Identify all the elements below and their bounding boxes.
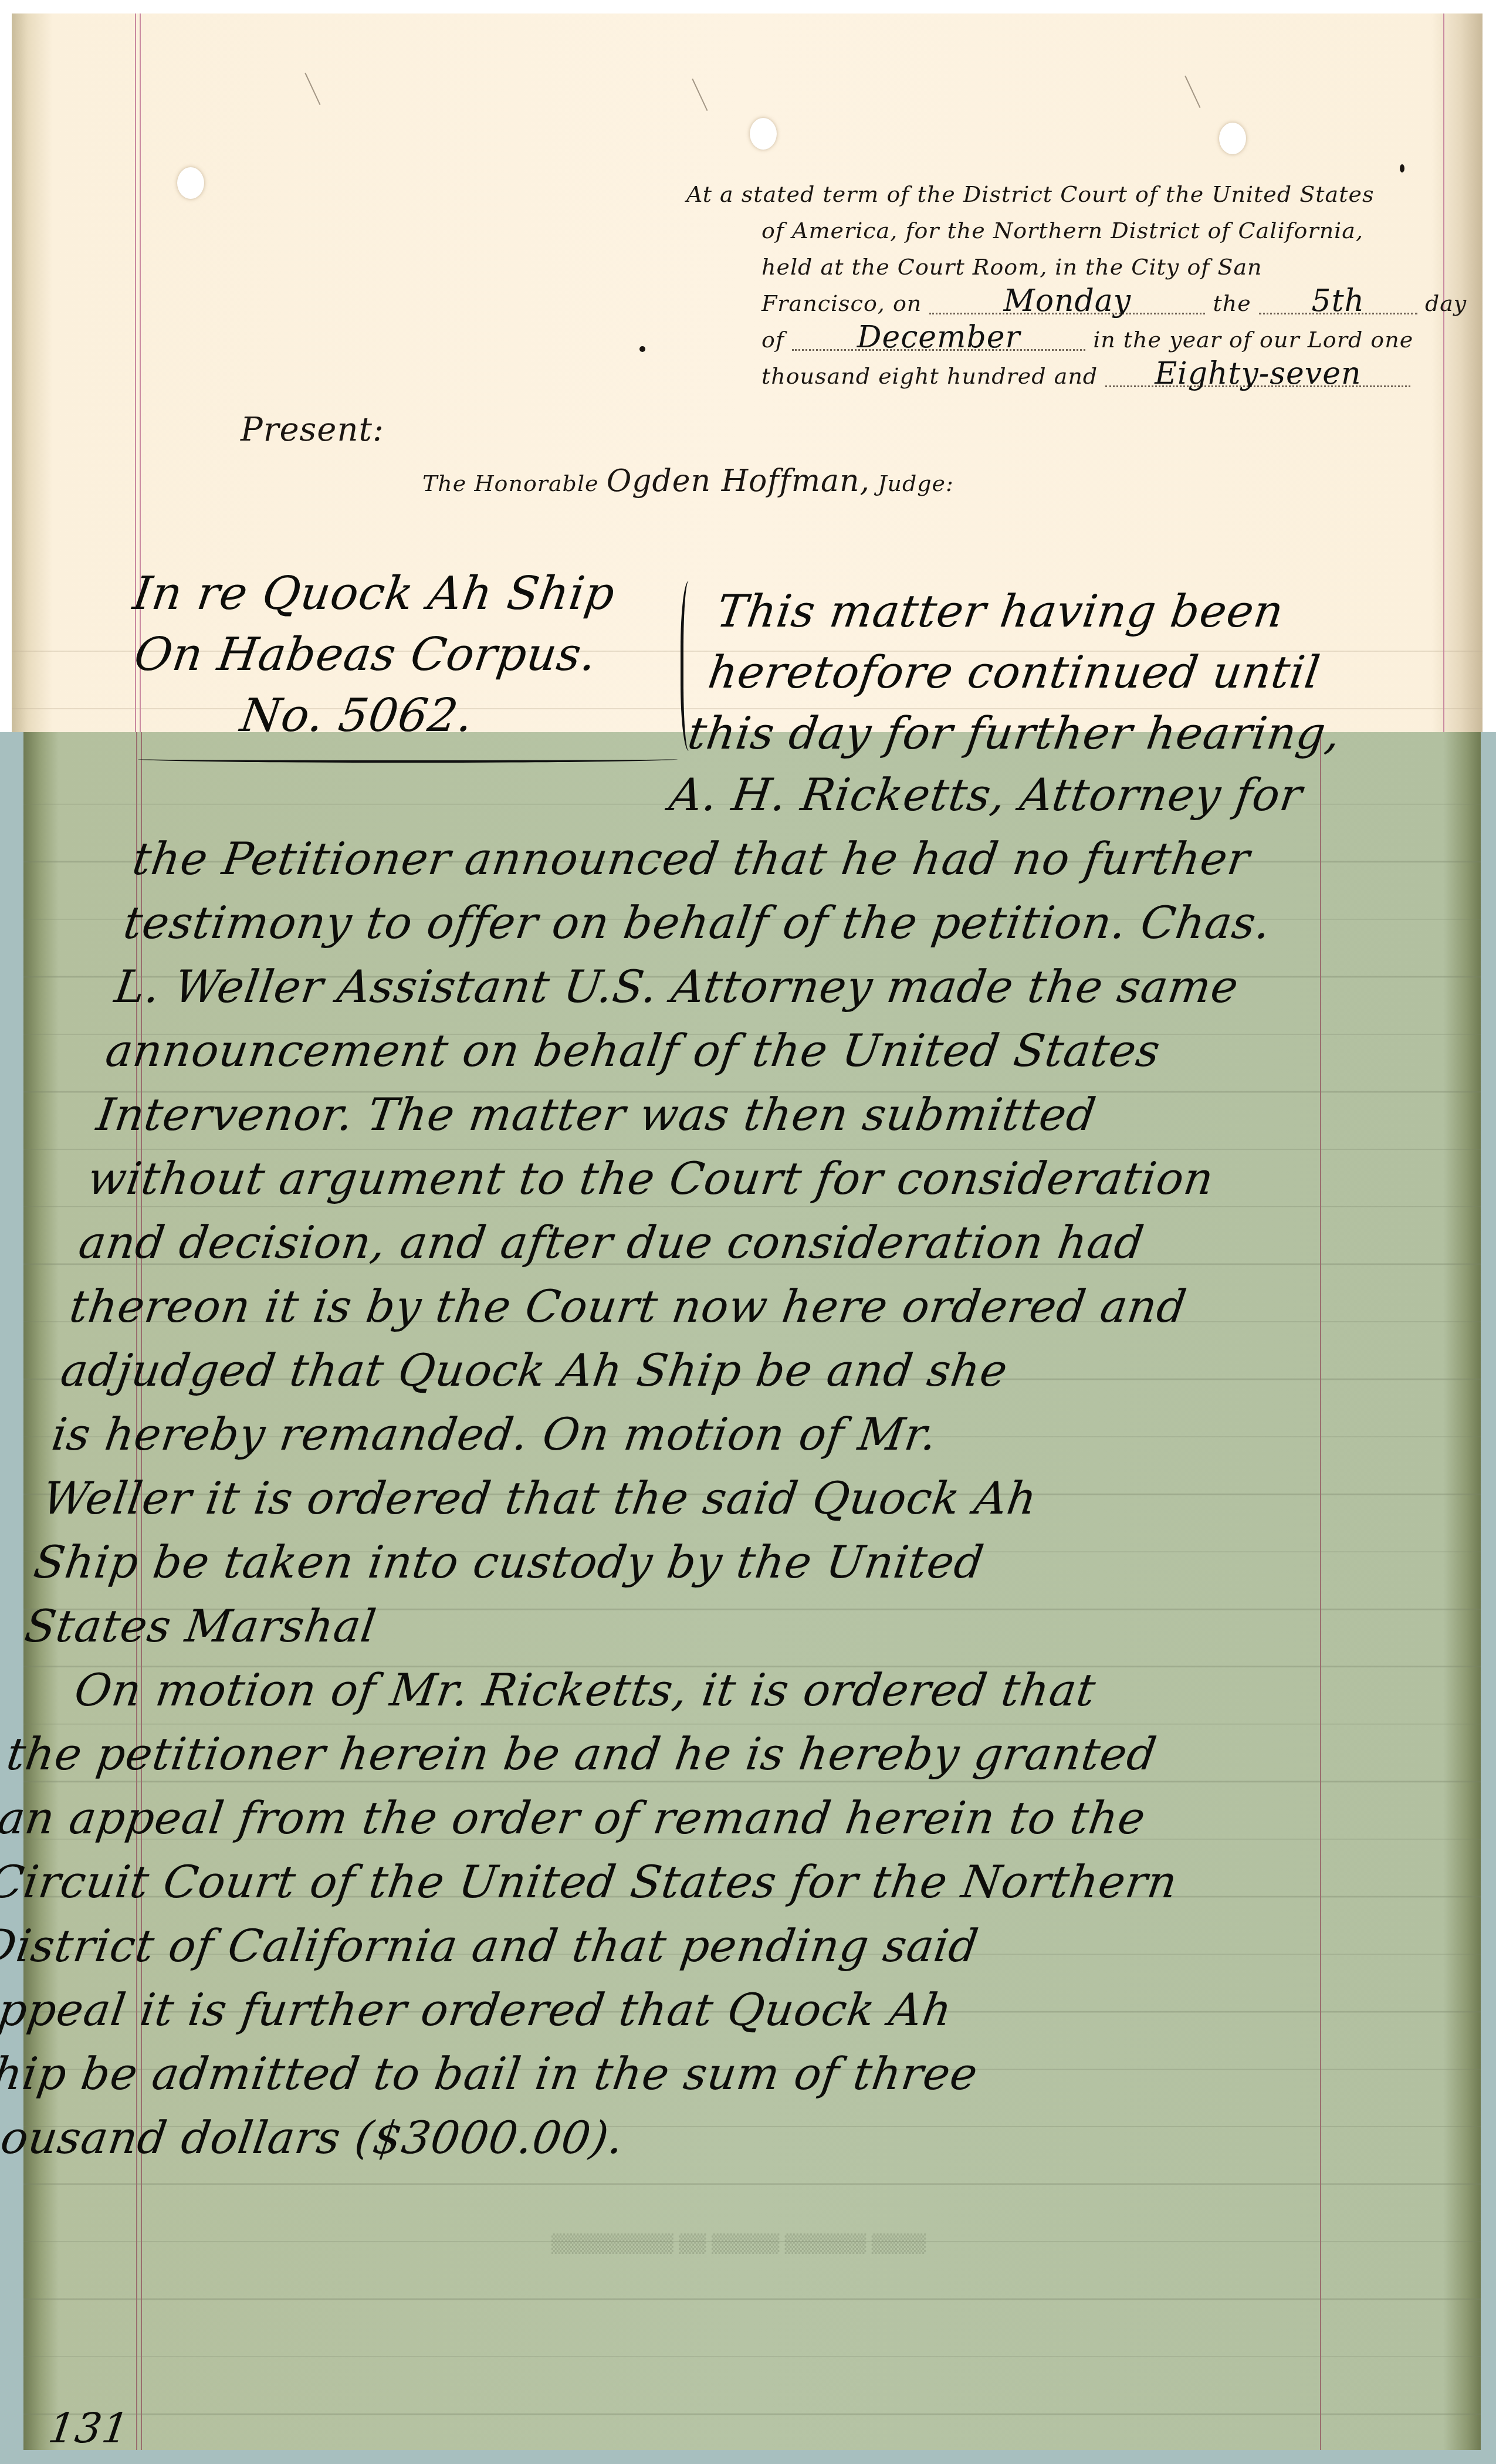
term-line-4-prefix: Francisco, on: [761, 290, 922, 316]
page-number: 131: [45, 2399, 133, 2457]
entry-line: District of California and that pending …: [0, 1914, 1173, 1978]
punch-hole: [177, 167, 204, 199]
entry-line: testimony to offer on behalf of the peti…: [120, 891, 1316, 955]
day-of-week-field: Monday: [929, 289, 1205, 314]
term-line-2: of America, for the Northern District of…: [686, 212, 1449, 249]
paper-tear: [692, 69, 729, 111]
term-line-6: thousand eight hundred and Eighty-seven: [686, 358, 1449, 394]
presiding-judge-line: The Honorable Ogden Hoffman, Judge:: [422, 463, 954, 499]
term-line-4: Francisco, on Monday the 5th day: [686, 285, 1449, 321]
entry-body: A. H. Ricketts, Attorney for the Petitio…: [0, 763, 1334, 2169]
judge-prefix: The Honorable: [422, 471, 599, 496]
entry-line: Weller it is ordered that the said Quock…: [39, 1466, 1236, 1530]
entry-line: is hereby remanded. On motion of Mr.: [48, 1402, 1244, 1466]
judge-suffix: Judge:: [878, 471, 954, 496]
caption-underline: [138, 756, 678, 763]
case-title: In re Quock Ah Ship: [129, 563, 619, 624]
entry-line: appeal it is further ordered that Quock …: [0, 1978, 1163, 2042]
entry-line: the petitioner herein be and he is hereb…: [3, 1722, 1200, 1786]
entry-line: thousand dollars ($3000.00).: [0, 2106, 1146, 2169]
entry-opening-line: This matter having been: [713, 581, 1362, 642]
term-line-1: At a stated term of the District Court o…: [686, 176, 1449, 212]
entry-line: Ship be taken into custody by the United: [30, 1530, 1227, 1594]
ink-speck: [1400, 164, 1404, 172]
entry-line: Ship be admitted to bail in the sum of t…: [0, 2042, 1155, 2106]
entry-line: without argument to the Court for consid…: [84, 1146, 1281, 1210]
entry-line: L. Weller Assistant U.S. Attorney made t…: [111, 955, 1308, 1018]
ink-speck: [639, 346, 645, 352]
entry-opening: This matter having been heretofore conti…: [696, 581, 1362, 764]
entry-line: thereon it is by the Court now here orde…: [66, 1274, 1263, 1338]
paper-tear: [1184, 66, 1221, 108]
paper-tear: [304, 63, 341, 105]
entry-line: A. H. Ricketts, Attorney for: [138, 763, 1335, 827]
punch-hole: [750, 118, 777, 150]
term-line-5: of December in the year of our Lord one: [686, 321, 1449, 358]
entry-line: the Petitioner announced that he had no …: [128, 827, 1325, 891]
punch-hole: [1219, 123, 1246, 154]
entry-line: announcement on behalf of the United Sta…: [101, 1018, 1298, 1082]
entry-opening-line: this day for further hearing,: [684, 703, 1345, 764]
right-margin-line: [1320, 732, 1325, 2450]
entry-line: Intervenor. The matter was then submitte…: [93, 1082, 1289, 1146]
term-line-5-suffix: in the year of our Lord one: [1093, 327, 1413, 353]
term-line-3: held at the Court Room, in the City of S…: [686, 249, 1449, 285]
entry-line: and decision, and after due consideratio…: [75, 1210, 1271, 1274]
term-line-5-prefix: of: [761, 327, 784, 353]
term-line-4-mid: the: [1213, 290, 1251, 316]
term-line-4-suffix: day: [1425, 290, 1467, 316]
entry-opening-line: heretofore continued until: [705, 642, 1353, 703]
day-number-field: 5th: [1259, 289, 1417, 314]
case-caption: In re Quock Ah Ship On Habeas Corpus. No…: [112, 563, 619, 746]
entry-line: States Marshal: [21, 1594, 1218, 1658]
case-proceeding: On Habeas Corpus.: [121, 624, 611, 685]
month-field: December: [792, 326, 1085, 351]
judge-name: Ogden Hoffman,: [607, 463, 870, 499]
entry-line: On motion of Mr. Ricketts, it is ordered…: [12, 1658, 1209, 1722]
term-line-6-prefix: thousand eight hundred and: [761, 363, 1098, 389]
entry-line: an appeal from the order of remand herei…: [0, 1786, 1190, 1850]
entry-line: Circuit Court of the United States for t…: [0, 1850, 1182, 1914]
bleed-through-text: ▒▒▒▒ ▒▒▒▒▒▒ ▒▒▒▒▒ ▒▒ ▒▒▒▒▒▒▒▒▒: [551, 2234, 926, 2255]
court-term-statement: At a stated term of the District Court o…: [686, 176, 1449, 394]
entry-line: adjudged that Quock Ah Ship be and she: [57, 1338, 1254, 1402]
case-number: No. 5062.: [112, 685, 602, 746]
present-label: Present:: [241, 411, 384, 449]
year-field: Eighty-seven: [1105, 362, 1410, 387]
